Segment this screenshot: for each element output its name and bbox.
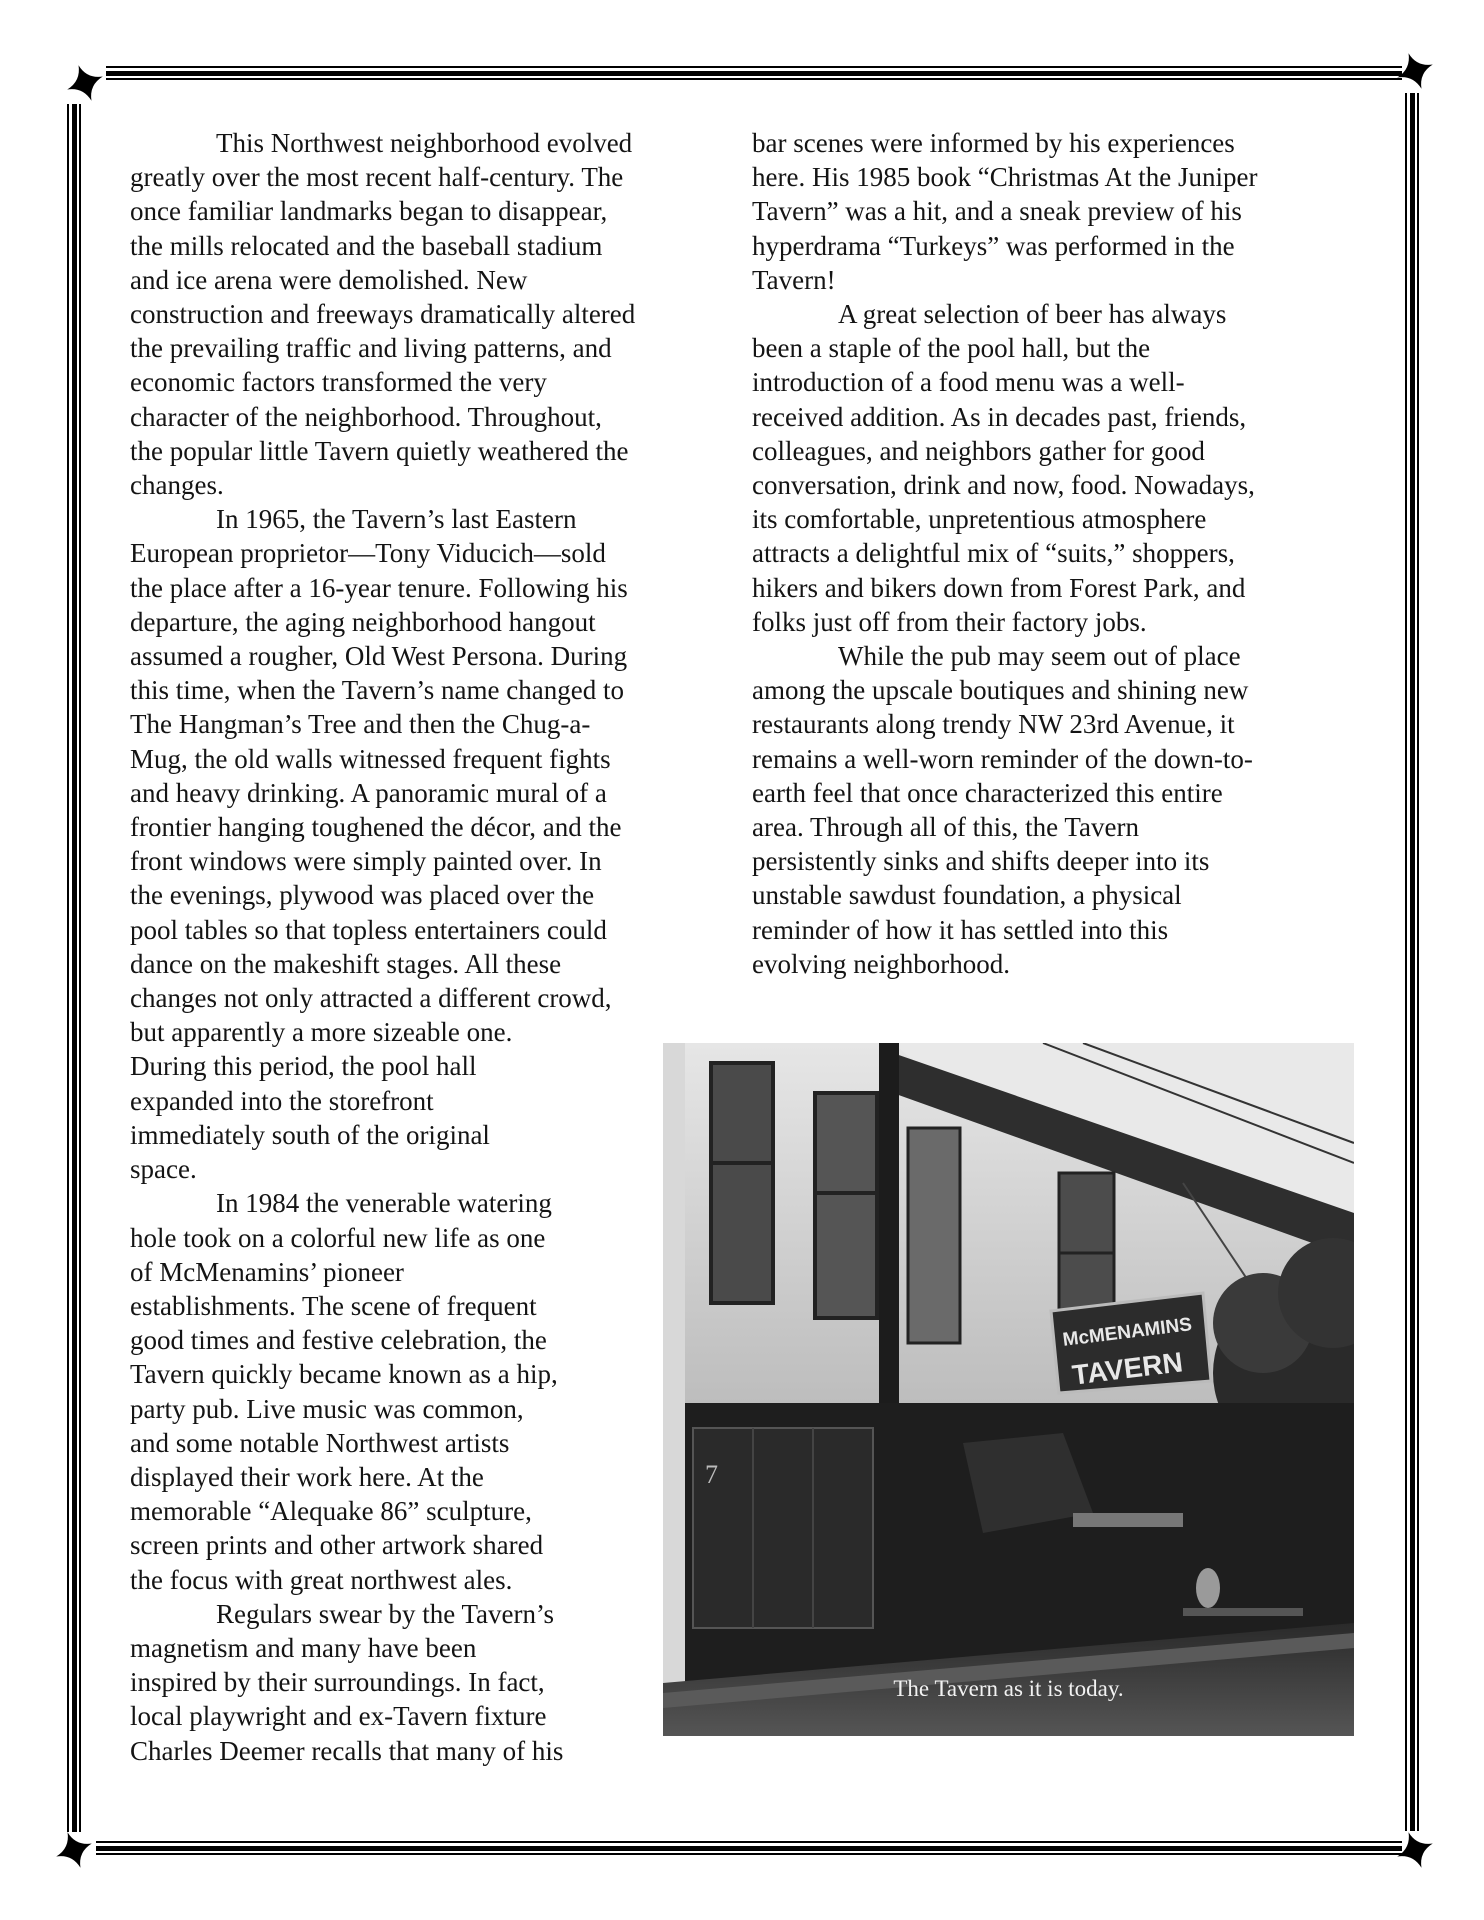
text-line: folks just off from their factory jobs. xyxy=(752,605,1352,639)
text-line: Tavern” was a hit, and a sneak preview o… xyxy=(752,194,1352,228)
border-top xyxy=(106,66,1402,80)
text-line: Mug, the old walls witnessed frequent fi… xyxy=(130,742,730,776)
text-line: character of the neighborhood. Throughou… xyxy=(130,400,730,434)
text-line: the mills relocated and the baseball sta… xyxy=(130,229,730,263)
text-line: Regulars swear by the Tavern’s xyxy=(130,1597,730,1631)
text-line: economic factors transformed the very xyxy=(130,365,730,399)
text-line: and some notable Northwest artists xyxy=(130,1426,730,1460)
text-line: attracts a delightful mix of “suits,” sh… xyxy=(752,536,1352,570)
text-line: Tavern! xyxy=(752,263,1352,297)
text-line: the place after a 16-year tenure. Follow… xyxy=(130,571,730,605)
text-line: remains a well-worn reminder of the down… xyxy=(752,742,1352,776)
text-line: received addition. As in decades past, f… xyxy=(752,400,1352,434)
text-line: party pub. Live music was common, xyxy=(130,1392,730,1426)
text-line: and ice arena were demolished. New xyxy=(130,263,730,297)
text-line: conversation, drink and now, food. Nowad… xyxy=(752,468,1352,502)
text-line: the prevailing traffic and living patter… xyxy=(130,331,730,365)
text-line: good times and festive celebration, the xyxy=(130,1323,730,1357)
text-line: assumed a rougher, Old West Persona. Dur… xyxy=(130,639,730,673)
text-line: European proprietor—Tony Viducich—sold xyxy=(130,536,730,570)
text-line: While the pub may seem out of place xyxy=(752,639,1352,673)
text-line: among the upscale boutiques and shining … xyxy=(752,673,1352,707)
corner-star-icon xyxy=(53,1829,95,1871)
text-line: bar scenes were informed by his experien… xyxy=(752,126,1352,160)
corner-star-icon xyxy=(64,62,106,104)
photo-caption: The Tavern as it is today. xyxy=(663,1676,1354,1702)
corner-star-icon xyxy=(1394,50,1436,92)
corner-star-icon xyxy=(1394,1829,1436,1871)
text-line: and heavy drinking. A panoramic mural of… xyxy=(130,776,730,810)
text-line: earth feel that once characterized this … xyxy=(752,776,1352,810)
text-line: the popular little Tavern quietly weathe… xyxy=(130,434,730,468)
text-line: been a staple of the pool hall, but the xyxy=(752,331,1352,365)
text-line: During this period, the pool hall xyxy=(130,1049,730,1083)
text-line: expanded into the storefront xyxy=(130,1084,730,1118)
text-line: unstable sawdust foundation, a physical xyxy=(752,878,1352,912)
text-line: front windows were simply painted over. … xyxy=(130,844,730,878)
text-line: The Hangman’s Tree and then the Chug-a- xyxy=(130,707,730,741)
text-line: A great selection of beer has always xyxy=(752,297,1352,331)
text-line: pool tables so that topless entertainers… xyxy=(130,913,730,947)
border-right xyxy=(1405,93,1419,1831)
left-text-column: This Northwest neighborhood evolvedgreat… xyxy=(130,126,730,1768)
text-line: but apparently a more sizeable one. xyxy=(130,1015,730,1049)
text-line: its comfortable, unpretentious atmospher… xyxy=(752,502,1352,536)
text-line: dance on the makeshift stages. All these xyxy=(130,947,730,981)
text-line: colleagues, and neighbors gather for goo… xyxy=(752,434,1352,468)
text-line: screen prints and other artwork shared xyxy=(130,1528,730,1562)
text-line: greatly over the most recent half-centur… xyxy=(130,160,730,194)
text-line: hikers and bikers down from Forest Park,… xyxy=(752,571,1352,605)
text-line: reminder of how it has settled into this xyxy=(752,913,1352,947)
border-bottom xyxy=(96,1841,1402,1855)
text-line: Charles Deemer recalls that many of his xyxy=(130,1734,730,1768)
text-line: construction and freeways dramatically a… xyxy=(130,297,730,331)
text-line: the focus with great northwest ales. xyxy=(130,1563,730,1597)
text-line: space. xyxy=(130,1152,730,1186)
text-line: departure, the aging neighborhood hangou… xyxy=(130,605,730,639)
text-line: here. His 1985 book “Christmas At the Ju… xyxy=(752,160,1352,194)
text-line: inspired by their surroundings. In fact, xyxy=(130,1665,730,1699)
text-line: In 1984 the venerable watering xyxy=(130,1186,730,1220)
text-line: hyperdrama “Turkeys” was performed in th… xyxy=(752,229,1352,263)
border-left xyxy=(67,104,81,1832)
text-line: the evenings, plywood was placed over th… xyxy=(130,878,730,912)
text-line: changes. xyxy=(130,468,730,502)
text-line: once familiar landmarks began to disappe… xyxy=(130,194,730,228)
svg-text:7: 7 xyxy=(705,1460,718,1489)
text-line: introduction of a food menu was a well- xyxy=(752,365,1352,399)
text-line: establishments. The scene of frequent xyxy=(130,1289,730,1323)
text-line: displayed their work here. At the xyxy=(130,1460,730,1494)
text-line: evolving neighborhood. xyxy=(752,947,1352,981)
text-line: changes not only attracted a different c… xyxy=(130,981,730,1015)
text-line: immediately south of the original xyxy=(130,1118,730,1152)
text-line: hole took on a colorful new life as one xyxy=(130,1221,730,1255)
text-line: this time, when the Tavern’s name change… xyxy=(130,673,730,707)
storefront-image: McMENAMINS TAVERN 7 xyxy=(663,1043,1354,1736)
text-line: restaurants along trendy NW 23rd Avenue,… xyxy=(752,707,1352,741)
text-line: area. Through all of this, the Tavern xyxy=(752,810,1352,844)
text-line: persistently sinks and shifts deeper int… xyxy=(752,844,1352,878)
text-line: Tavern quickly became known as a hip, xyxy=(130,1357,730,1391)
tavern-photo: McMENAMINS TAVERN 7 The Tavern as it is … xyxy=(663,1043,1354,1736)
text-line: frontier hanging toughened the décor, an… xyxy=(130,810,730,844)
right-text-column: bar scenes were informed by his experien… xyxy=(752,126,1352,981)
text-line: local playwright and ex-Tavern fixture xyxy=(130,1699,730,1733)
document-page: This Northwest neighborhood evolvedgreat… xyxy=(0,0,1484,1920)
text-line: of McMenamins’ pioneer xyxy=(130,1255,730,1289)
text-line: This Northwest neighborhood evolved xyxy=(130,126,730,160)
text-line: In 1965, the Tavern’s last Eastern xyxy=(130,502,730,536)
text-line: memorable “Alequake 86” sculpture, xyxy=(130,1494,730,1528)
text-line: magnetism and many have been xyxy=(130,1631,730,1665)
